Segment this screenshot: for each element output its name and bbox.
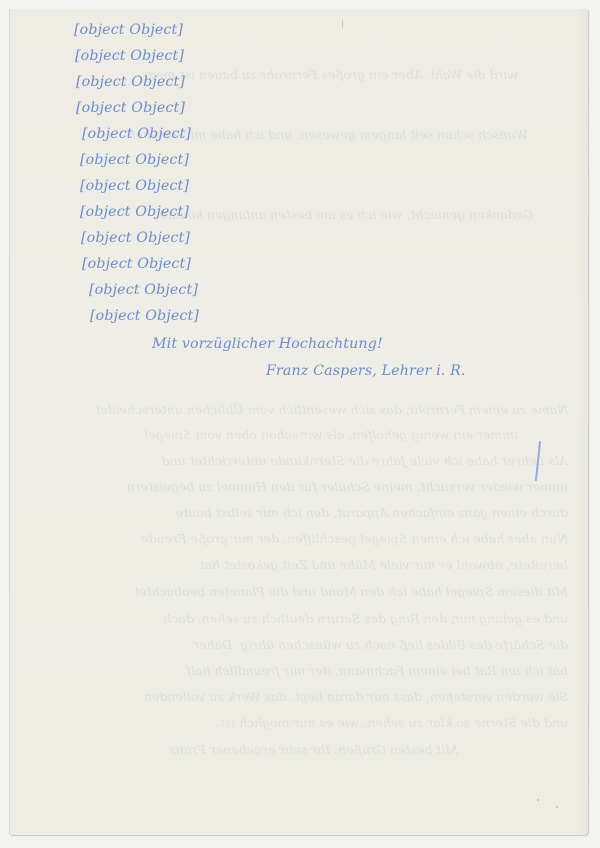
bleed-line: Mit diesem Spiegel habe ich den Mond und… <box>134 586 568 599</box>
bleed-line: durch einen ganz einfachen Apparat, den … <box>176 507 568 520</box>
bleed-line: immer ein wenig geholfen, als wir schon … <box>144 429 518 442</box>
bleed-line: Nun aber habe ich einen Spiegel geschlif… <box>141 533 568 546</box>
bleed-line: Name zu einem Fernrohr, das sich wesentl… <box>95 404 568 417</box>
letter-signature: Franz Caspers, Lehrer i. R. <box>266 364 466 378</box>
letter-line-9: [object Object] <box>81 231 190 245</box>
bleed-line: bereitete, obwohl er mir viele Mühe und … <box>195 559 568 572</box>
bleed-line: bat ich um Rat bei einem Fachmann, der m… <box>186 665 568 678</box>
bleed-line: die Schärfe des Bildes ließ noch zu wüns… <box>193 639 568 652</box>
bleed-line: und es gelang mir, den Ring des Saturn d… <box>163 613 568 626</box>
letter-paper: wird die Wahl. Aber ein großes Fernrohr … <box>10 9 588 835</box>
scanned-page: wird die Wahl. Aber ein großes Fernrohr … <box>0 0 600 848</box>
letter-line-3: [object Object] <box>76 75 185 89</box>
letter-line-12: [object Object] <box>90 309 199 323</box>
bleed-line: Sie werden verstehen, dass mir daran lie… <box>144 691 568 704</box>
bleed-line: Mit besten Grüßen, Ihr sehr ergebener Fr… <box>169 744 458 757</box>
bleed-line: wird die Wahl. Aber ein großes Fernrohr … <box>144 69 518 82</box>
bleed-line: Gedanken gemacht, wie ich es am besten a… <box>159 209 533 222</box>
letter-line-4: [object Object] <box>76 101 185 115</box>
letter-line-6: [object Object] <box>80 153 189 167</box>
bleed-line: Als Lehrer habe ich viele Jahre die Ster… <box>161 455 568 468</box>
letter-closing: Mit vorzüglicher Hochachtung! <box>152 337 383 351</box>
letter-line-1: [object Object] <box>74 23 183 37</box>
bleed-line: und die Sterne so klar zu sehen, wie es … <box>216 717 568 730</box>
letter-line-7: [object Object] <box>80 179 189 193</box>
letter-line-5: [object Object] <box>82 127 191 141</box>
letter-line-10: [object Object] <box>82 257 191 271</box>
letter-line-8: [object Object] <box>80 205 189 219</box>
bleed-line: immer wieder versucht, meine Schüler für… <box>127 481 568 494</box>
letter-line-2: [object Object] <box>75 49 184 63</box>
stray-pen-mark <box>535 441 541 481</box>
letter-line-11: [object Object] <box>89 283 198 297</box>
